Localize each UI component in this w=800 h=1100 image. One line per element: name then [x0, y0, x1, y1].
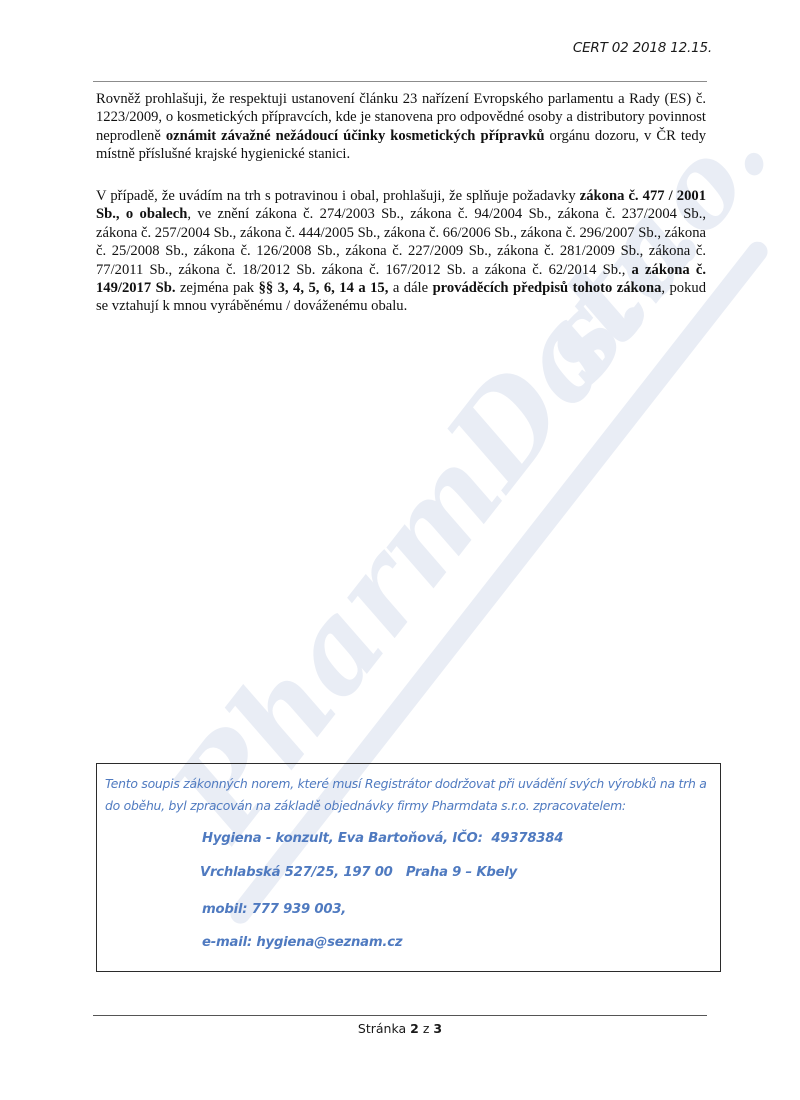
text-run: V případě, že uvádím na trh s potravinou…	[96, 188, 580, 204]
emphasized-text: §§ 3, 4, 5, 6, 14 a 15,	[259, 280, 389, 296]
footer-divider	[93, 1015, 707, 1016]
page-of-label: z	[423, 1021, 430, 1036]
processor-company: Hygiena - konzult, Eva Bartoňová, IČO: 4…	[202, 831, 563, 846]
current-page: 2	[410, 1021, 419, 1036]
processor-email: e-mail: hygiena@seznam.cz	[202, 935, 402, 950]
paragraph-cosmetics-declaration: Rovněž prohlašuji, že respektuji ustanov…	[96, 90, 706, 164]
total-pages: 3	[433, 1021, 442, 1036]
processor-info-box: Tento soupis zákonných norem, které musí…	[96, 763, 721, 972]
processor-phone: mobil: 777 939 003,	[202, 902, 346, 917]
paragraph-packaging-declaration: V případě, že uvádím na trh s potravinou…	[96, 187, 706, 316]
header-divider	[93, 81, 707, 82]
text-run: zejména pak	[175, 280, 258, 296]
text-run: , ve znění zákona č. 274/2003 Sb., zákon…	[96, 206, 706, 277]
document-code: CERT 02 2018 12.15.	[573, 40, 712, 56]
info-box-intro: Tento soupis zákonných norem, které musí…	[105, 773, 717, 817]
page-label: Stránka	[358, 1021, 406, 1036]
emphasized-text: prováděcích předpisů tohoto zákona	[433, 280, 662, 296]
processor-address: Vrchlabská 527/25, 197 00 Praha 9 – Kbel…	[200, 865, 517, 880]
page-number: Stránka 2 z 3	[0, 1021, 800, 1036]
text-run: a dále	[388, 280, 432, 296]
emphasized-text: oznámit závažné nežádoucí účinky kosmeti…	[166, 128, 545, 144]
